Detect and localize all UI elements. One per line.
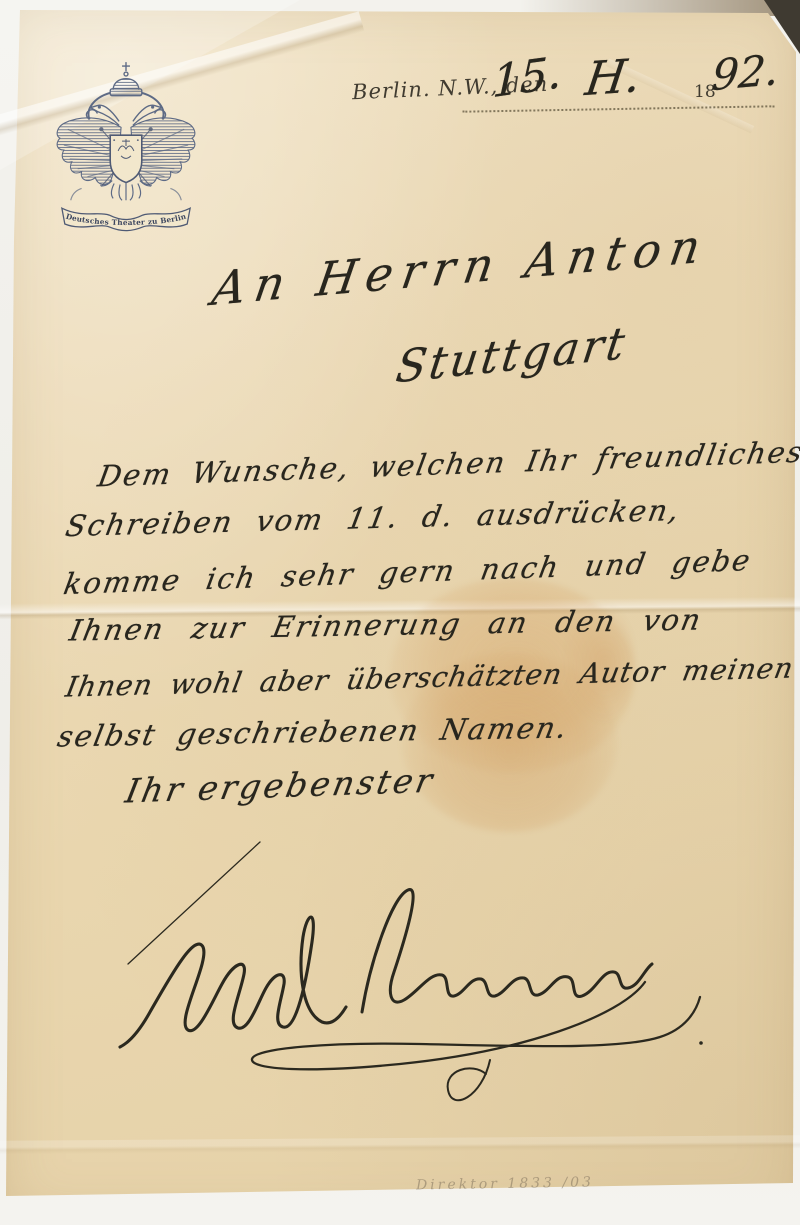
pencil-annotation: Direktor 1833 /03 xyxy=(416,1174,594,1193)
crest-shield-icon xyxy=(110,135,142,182)
signature-surname-stroke xyxy=(362,890,652,1012)
handwritten-year: 92. xyxy=(710,45,781,100)
eagle-tail-icon xyxy=(71,181,182,201)
handwritten-month: H. xyxy=(582,48,644,106)
banner-ribbon: Deutsches Theater zu Berlin xyxy=(62,208,190,230)
signature-underline-stroke xyxy=(252,982,700,1069)
scanned-letter-page: Deutsches Theater zu Berlin Berlin. N.W.… xyxy=(0,0,800,1225)
signature-block xyxy=(100,812,720,1157)
imperial-eagle-crest-icon: Deutsches Theater zu Berlin xyxy=(52,60,200,238)
signature-flourish xyxy=(100,812,720,1157)
imperial-crown-icon xyxy=(86,62,165,119)
signature-forename-stroke xyxy=(120,917,346,1047)
handwritten-day: 15. xyxy=(491,47,562,108)
theater-crest: Deutsches Theater zu Berlin xyxy=(52,60,200,238)
signature-descender-loop xyxy=(448,1060,490,1100)
